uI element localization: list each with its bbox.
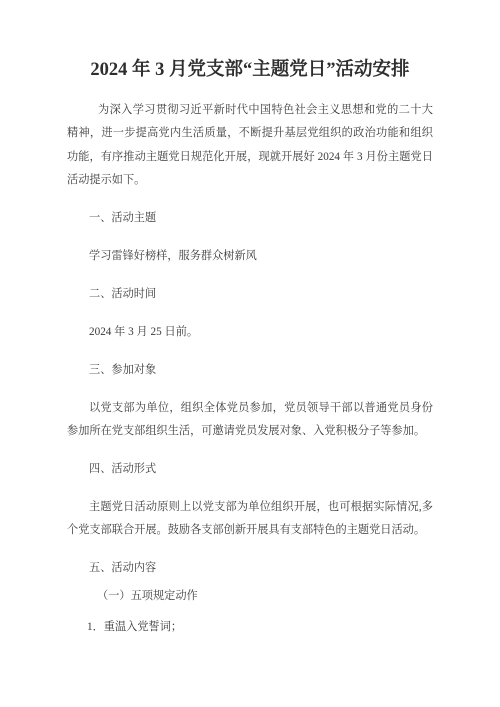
paragraph: 学习雷锋好榜样，服务群众树新风 [67,245,433,268]
document-title: 2024 年 3 月党支部“主题党日”活动安排 [67,57,433,83]
section-heading: 五、活动内容 [67,557,433,580]
paragraph: 2024 年 3 月 25 日前。 [67,321,433,344]
section-heading: 四、活动形式 [67,458,433,481]
document-page: 2024 年 3 月党支部“主题党日”活动安排 为深入学习贯彻习近平新时代中国特… [0,0,500,707]
paragraph: 主题党日活动原则上以党支部为单位组织开展，也可根据实际情况,多个党支部联合开展。… [67,496,433,543]
paragraph: 以党支部为单位，组织全体党员参加，党员领导干部以普通党员身份参加所在党支部组织生… [67,397,433,444]
paragraph: 为深入学习贯彻习近平新时代中国特色社会主义思想和党的二十大精神，进一步提高党内生… [67,99,433,193]
section-heading: 二、活动时间 [67,283,433,306]
list-item: 1．重温入党誓词； [67,616,433,639]
section-heading: 一、活动主题 [67,207,433,230]
section-subheading: （一）五项规定动作 [67,585,433,608]
section-heading: 三、参加对象 [67,359,433,382]
document-body: 为深入学习贯彻习近平新时代中国特色社会主义思想和党的二十大精神，进一步提高党内生… [67,99,433,639]
